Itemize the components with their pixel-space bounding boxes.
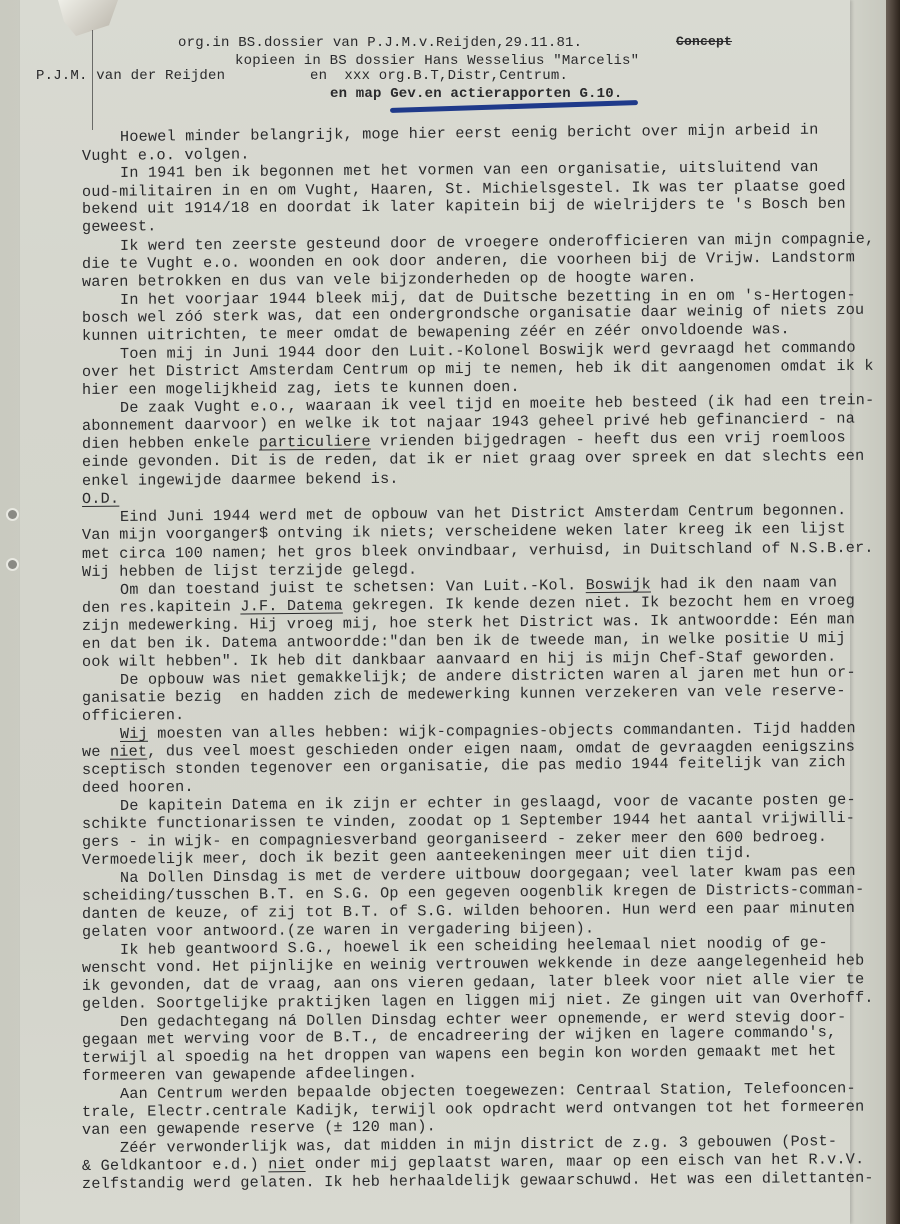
- punch-hole: [8, 510, 17, 519]
- text-line: officieren.: [82, 706, 185, 725]
- dark-background-edge: [886, 0, 900, 1224]
- underlined-word: J.F. Datema: [240, 596, 343, 615]
- underlined-word: Boswijk: [586, 575, 651, 594]
- underlined-word: niet: [268, 1155, 305, 1173]
- underlined-word: O.D.: [82, 490, 119, 508]
- underlined-word: Wij: [120, 725, 148, 743]
- underlined-word: niet: [110, 743, 147, 761]
- underlined-word: particuliere: [259, 432, 371, 451]
- author-name: P.J.M. van der Reijden: [36, 68, 225, 84]
- text-line: Vught e.o. volgen.: [82, 145, 250, 165]
- header-line-4: en map Gev.en actierapporten G.10.: [330, 86, 622, 102]
- section-heading-od: O.D.: [82, 490, 119, 508]
- punch-hole: [8, 560, 17, 569]
- struck-word: Concept: [676, 34, 732, 49]
- header-line-3: en xxx org.B.T,Distr,Centrum.: [310, 68, 568, 84]
- text-line: enkel ingewijde daarmee bekend is.: [82, 470, 399, 490]
- text-line: formeeren van gewapende afdeelingen.: [82, 1064, 417, 1085]
- header-line-2: kopieen in BS dossier Hans Wesselius "Ma…: [235, 53, 639, 69]
- header-line-1: org.in BS.dossier van P.J.M.v.Reijden,29…: [178, 35, 582, 51]
- text-line: geweest.: [82, 217, 157, 236]
- text-line: deed hooren.: [82, 778, 194, 797]
